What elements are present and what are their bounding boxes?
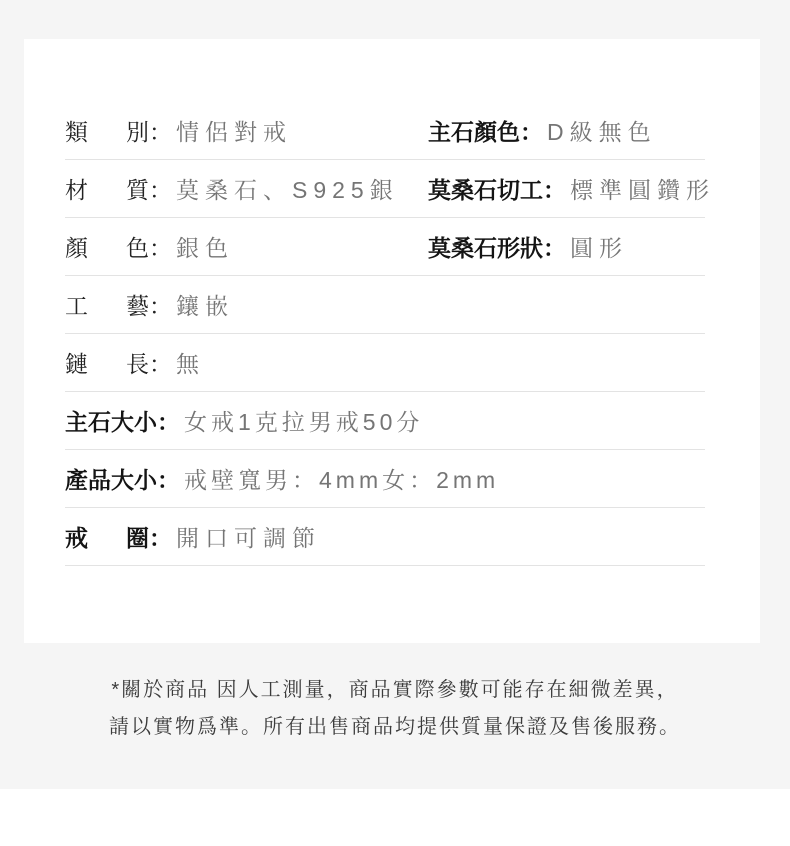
spec-cell-product-size: 產品大小：戒壁寬男：4mm女：2mm — [65, 462, 705, 495]
spec-row-craft: 工 藝：鑲嵌 — [65, 276, 705, 334]
spec-label: 工 藝 — [65, 288, 149, 321]
product-disclaimer: *關於商品 因人工測量，商品實際參數可能存在細微差異， 請以實物爲準。所有出售商… — [0, 672, 790, 746]
gray-background-section: 類 別：情侶對戒 主石顏色：D級無色 材 質：莫桑石、S925銀 莫桑石切工：標… — [0, 0, 790, 789]
spec-colon: ： — [149, 172, 172, 205]
spec-label: 顏 色 — [65, 230, 149, 263]
spec-row-ring-band: 戒 圈：開口可調節 — [65, 508, 705, 566]
spec-row-color: 顏 色：銀色 莫桑石形狀：圓形 — [65, 218, 705, 276]
spec-label: 鏈 長 — [65, 346, 149, 379]
spec-label: 類 別 — [65, 114, 149, 147]
spec-table: 類 別：情侶對戒 主石顏色：D級無色 材 質：莫桑石、S925銀 莫桑石切工：標… — [24, 39, 760, 566]
spec-value: 情侶對戒 — [176, 114, 292, 147]
spec-cell-ring-band: 戒 圈：開口可調節 — [65, 520, 705, 553]
spec-colon: ： — [149, 520, 172, 553]
spec-cell-chain-length: 鏈 長：無 — [65, 346, 705, 379]
spec-cell-moissanite-cut: 莫桑石切工：標準圓鑽形 — [428, 172, 715, 205]
spec-cell-category: 類 別：情侶對戒 — [65, 114, 428, 147]
disclaimer-line-1: *關於商品 因人工測量，商品實際參數可能存在細微差異， — [0, 672, 790, 709]
spec-label: 戒 圈 — [65, 520, 149, 553]
spec-label: 主石顏色： — [428, 114, 543, 147]
spec-cell-moissanite-shape: 莫桑石形狀：圓形 — [428, 230, 705, 263]
spec-value: 圓形 — [570, 230, 628, 263]
spec-row-category: 類 別：情侶對戒 主石顏色：D級無色 — [65, 102, 705, 160]
spec-cell-color: 顏 色：銀色 — [65, 230, 428, 263]
spec-label: 莫桑石切工： — [428, 172, 566, 205]
spec-label: 材 質 — [65, 172, 149, 205]
spec-value: 標準圓鑽形 — [570, 172, 715, 205]
spec-colon: ： — [157, 404, 180, 437]
spec-colon: ： — [157, 462, 180, 495]
spec-row-material: 材 質：莫桑石、S925銀 莫桑石切工：標準圓鑽形 — [65, 160, 705, 218]
spec-cell-craft: 工 藝：鑲嵌 — [65, 288, 705, 321]
spec-value: 無 — [176, 346, 205, 379]
spec-colon: ： — [149, 230, 172, 263]
spec-colon: ： — [149, 346, 172, 379]
bottom-white-strip — [0, 789, 790, 846]
spec-row-product-size: 產品大小：戒壁寬男：4mm女：2mm — [65, 450, 705, 508]
spec-label: 主石大小 — [65, 404, 157, 437]
spec-value: 銀色 — [176, 230, 234, 263]
product-detail-page: 類 別：情侶對戒 主石顏色：D級無色 材 質：莫桑石、S925銀 莫桑石切工：標… — [0, 0, 790, 846]
spec-value: D級無色 — [547, 114, 657, 147]
spec-value: 鑲嵌 — [176, 288, 234, 321]
spec-colon: ： — [149, 288, 172, 321]
spec-label: 產品大小 — [65, 462, 157, 495]
spec-value: 戒壁寬男：4mm女：2mm — [184, 462, 499, 495]
spec-value: 開口可調節 — [176, 520, 321, 553]
spec-row-main-stone-size: 主石大小：女戒1克拉男戒50分 — [65, 392, 705, 450]
spec-label: 莫桑石形狀： — [428, 230, 566, 263]
spec-cell-main-stone-size: 主石大小：女戒1克拉男戒50分 — [65, 404, 705, 437]
product-spec-card: 類 別：情侶對戒 主石顏色：D級無色 材 質：莫桑石、S925銀 莫桑石切工：標… — [24, 39, 760, 643]
spec-row-chain-length: 鏈 長：無 — [65, 334, 705, 392]
spec-value: 女戒1克拉男戒50分 — [184, 404, 423, 437]
disclaimer-line-2: 請以實物爲準。所有出售商品均提供質量保證及售後服務。 — [0, 709, 790, 746]
spec-colon: ： — [149, 114, 172, 147]
spec-cell-material: 材 質：莫桑石、S925銀 — [65, 172, 428, 205]
spec-cell-main-stone-color: 主石顏色：D級無色 — [428, 114, 705, 147]
spec-value: 莫桑石、S925銀 — [176, 172, 399, 205]
